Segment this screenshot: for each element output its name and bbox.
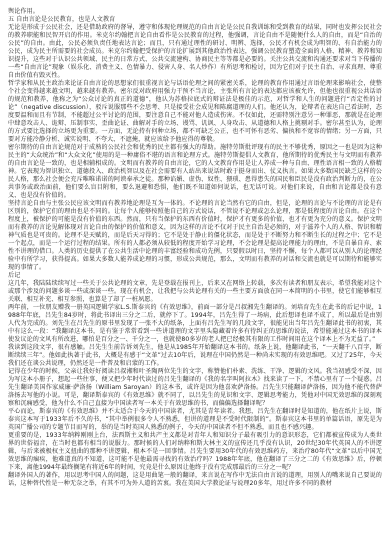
paragraph: 我读到这段文字，很有感触。吕先生生前告诉刘先生，他是从1985年开始翻译这本书的… (8, 344, 382, 368)
paragraph: 两年前，一位朋友赠我一册英国逻辑学家L.S.斯泰宾的《有效思维》，前面一部分是吕… (8, 304, 382, 344)
paragraph: 平心而论，斯泰宾的《有效思维》并不太适合于今天的中国读者，尤其是青年读者。我想，… (8, 408, 382, 432)
paragraph: 无论是形成于公民社会，还是借助政府的督导，遵守和体现伦理规范的自由言论是公民自我… (8, 24, 382, 80)
document-body: 舆论作用。五 自由言论是公民教育，也是人文教育无论是形成于公民社会，还是借助政府… (8, 8, 382, 488)
paragraph-fragment: 舆论作用。 (8, 8, 382, 16)
paragraph: 密尔期待的自由言论规范对于成熟的公民社会和优秀的民主都有强大的帮助。施特劳斯批评… (8, 144, 382, 200)
paragraph: 坚持言论自由与主张公民应该文明而有教养地论理是互为一体的。不论理的言论当然有它的… (8, 200, 382, 272)
document-page: 舆论作用。五 自由言论是公民教育，也是人文教育无论是形成于公民社会，还是借助政府… (0, 0, 390, 546)
paragraph: 记得在少年的时候，父亲让我好好阅读吕叔湘和叶圣陶两位先生的文字，称赞他们朴素、洗… (8, 368, 382, 408)
section-heading: 五 自由言论是公民教育，也是人文教育 (8, 16, 382, 24)
paragraph: 更重要的是，1933年纳粹刚刚上台，法西斯主义和共产主义都是对青年人和知识分子最… (8, 432, 382, 472)
paragraph: 这几年，我陆陆续续写过一些关于公共论理的文章，先是登载在报刊上，后来又在网络上转… (8, 280, 382, 304)
section-heading: 后记 (8, 272, 382, 280)
paragraph: 翻译外国人的著作，用以思考中国人的问题，这是用曲笔一般的翻译，来言说在写作中无法… (8, 472, 382, 488)
paragraph: 哲学家和从民主政治来论证自由言论的思想家们很重视言论与话语伦理之间的紧密关系，论… (8, 80, 382, 144)
